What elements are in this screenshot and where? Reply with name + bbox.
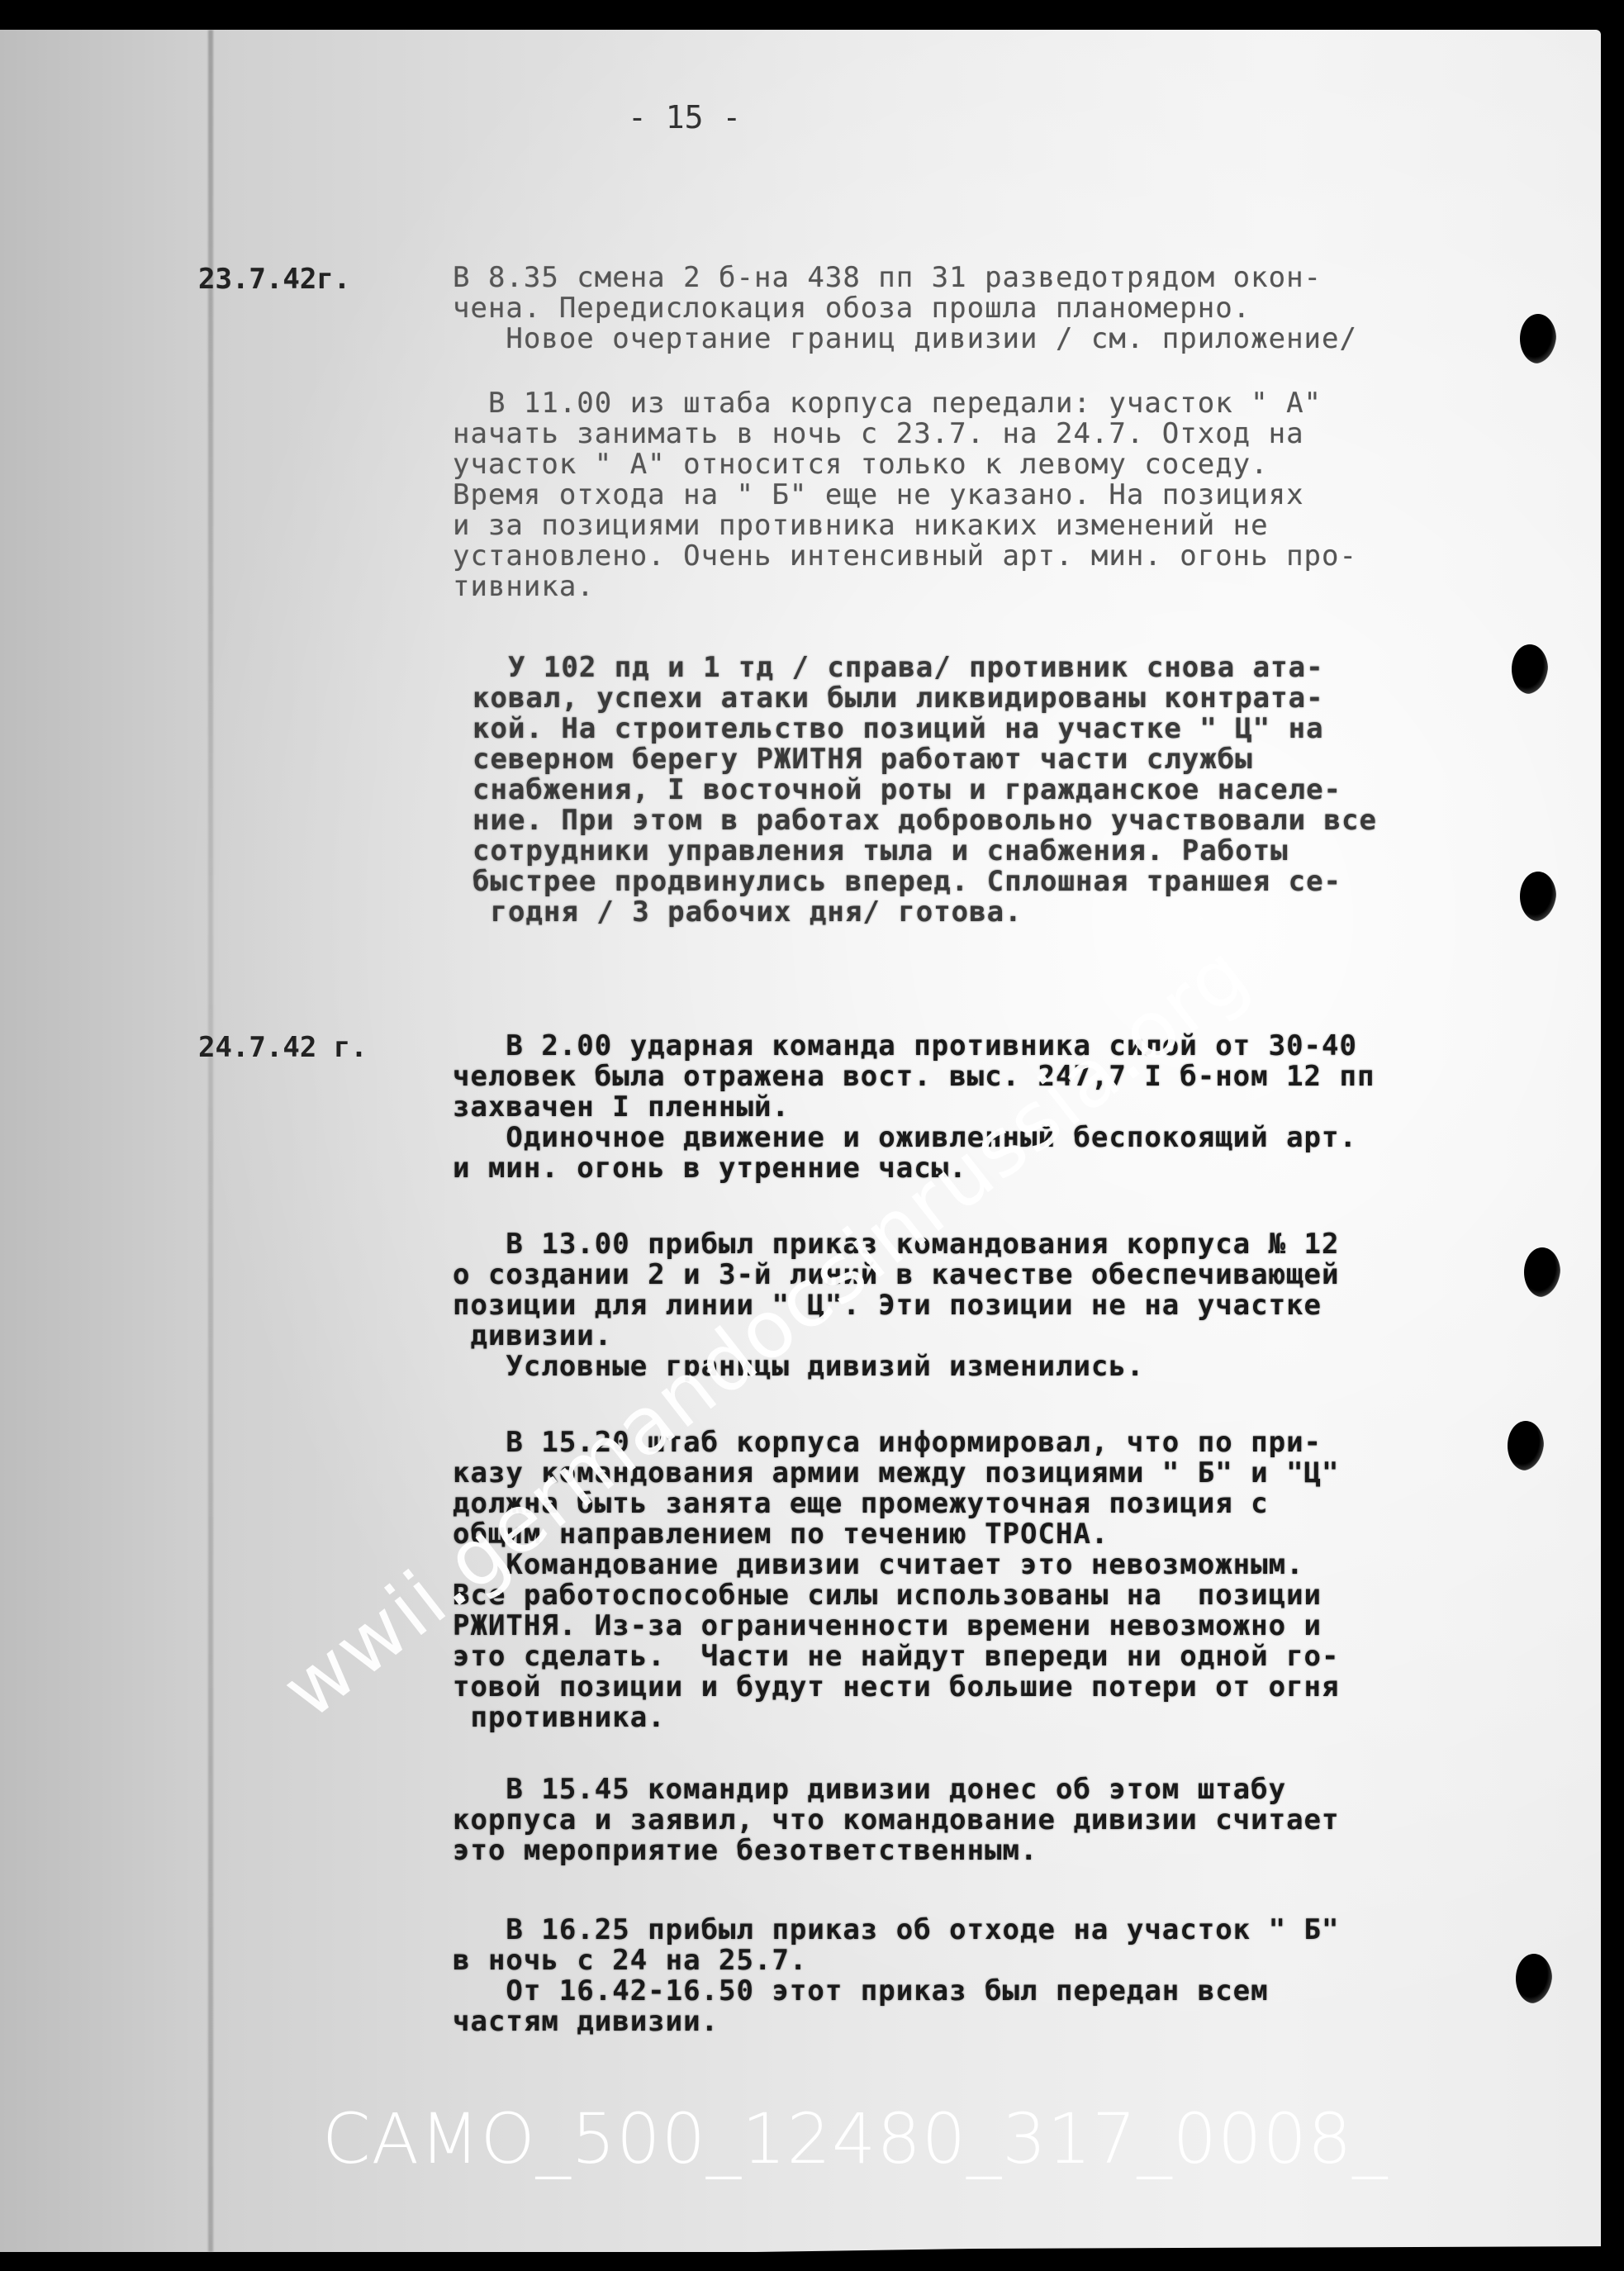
paragraph: У 102 пд и 1 тд / справа/ противник снов…	[472, 653, 1377, 928]
punch-hole	[1520, 314, 1556, 363]
entry-date: 23.7.42г.	[198, 263, 350, 296]
paragraph: В 11.00 из штаба корпуса передали: участ…	[453, 388, 1357, 602]
page-number: - 15 -	[628, 99, 741, 135]
entry-date: 24.7.42 г.	[198, 1031, 368, 1064]
paragraph: В 15.45 командир дивизии донес об этом ш…	[453, 1775, 1340, 1866]
punch-hole	[1516, 1954, 1552, 2003]
page-fold-line	[208, 30, 213, 2252]
paragraph: В 8.35 смена 2 б-на 438 пп 31 разведотря…	[453, 263, 1357, 354]
paragraph: В 16.25 прибыл приказ об отходе на участ…	[453, 1915, 1340, 2037]
punch-hole	[1512, 644, 1548, 694]
punch-hole	[1520, 872, 1556, 921]
punch-hole	[1524, 1247, 1560, 1297]
archive-id-watermark: CAMO_500_12480_317_0008_	[322, 2098, 1388, 2179]
punch-hole	[1508, 1421, 1544, 1470]
